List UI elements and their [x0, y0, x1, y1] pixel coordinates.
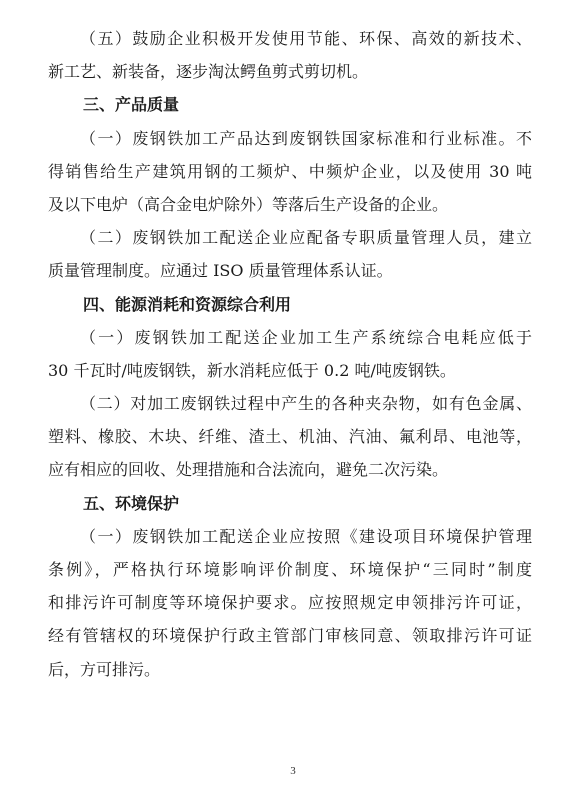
text-line: 条例》，严格执行环境影响评价制度、环境保护“三同时”制度: [48, 553, 532, 586]
text-line: 后，方可排污。: [48, 653, 532, 686]
paragraph-quality-management: （二）废钢铁加工配送企业应配备专职质量管理人员，建立 质量管理制度。应通过 IS…: [48, 221, 532, 287]
text-line: 30 千瓦时/吨废钢铁，新水消耗应低于 0.2 吨/吨废钢铁。: [48, 354, 532, 387]
text-line: （五）鼓励企业积极开发使用节能、环保、高效的新技术、: [48, 22, 532, 55]
paragraph-new-tech: （五）鼓励企业积极开发使用节能、环保、高效的新技术、 新工艺、新装备，逐步淘汰鳄…: [48, 22, 532, 88]
text-line: 新工艺、新装备，逐步淘汰鳄鱼剪式剪切机。: [48, 55, 532, 88]
text-line: （一）废钢铁加工配送企业加工生产系统综合电耗应低于: [48, 321, 532, 354]
section-heading-energy: 四、能源消耗和资源综合利用: [48, 288, 532, 321]
text-line: （一）废钢铁加工产品达到废钢铁国家标准和行业标准。不: [48, 122, 532, 155]
page-number: 3: [0, 765, 586, 777]
text-line: （二）废钢铁加工配送企业应配备专职质量管理人员，建立: [48, 221, 532, 254]
text-line: （二）对加工废钢铁过程中产生的各种夹杂物，如有色金属、: [48, 387, 532, 420]
text-line: 及以下电炉（高合金电炉除外）等落后生产设备的企业。: [48, 188, 532, 221]
text-line: 得销售给生产建筑用钢的工频炉、中频炉企业，以及使用 30 吨: [48, 155, 532, 188]
text-line: 和排污许可制度等环境保护要求。应按照规定申领排污许可证，: [48, 586, 532, 619]
text-line: （一）废钢铁加工配送企业应按照《建设项目环境保护管理: [48, 520, 532, 553]
text-line: 应有相应的回收、处理措施和合法流向，避免二次污染。: [48, 453, 532, 486]
paragraph-quality-standards: （一）废钢铁加工产品达到废钢铁国家标准和行业标准。不 得销售给生产建筑用钢的工频…: [48, 122, 532, 222]
paragraph-impurities: （二）对加工废钢铁过程中产生的各种夹杂物，如有色金属、 塑料、橡胶、木块、纤维、…: [48, 387, 532, 487]
text-line: 经有管辖权的环境保护行政主管部门审核同意、领取排污许可证: [48, 619, 532, 652]
paragraph-energy-consumption: （一）废钢铁加工配送企业加工生产系统综合电耗应低于 30 千瓦时/吨废钢铁，新水…: [48, 321, 532, 387]
paragraph-environment-rules: （一）废钢铁加工配送企业应按照《建设项目环境保护管理 条例》，严格执行环境影响评…: [48, 520, 532, 686]
document-page: （五）鼓励企业积极开发使用节能、环保、高效的新技术、 新工艺、新装备，逐步淘汰鳄…: [0, 0, 586, 791]
section-heading-product-quality: 三、产品质量: [48, 88, 532, 121]
text-line: 塑料、橡胶、木块、纤维、渣土、机油、汽油、氟利昂、电池等，: [48, 420, 532, 453]
text-line: 质量管理制度。应通过 ISO 质量管理体系认证。: [48, 254, 532, 287]
section-heading-environment: 五、环境保护: [48, 487, 532, 520]
document-body: （五）鼓励企业积极开发使用节能、环保、高效的新技术、 新工艺、新装备，逐步淘汰鳄…: [48, 22, 532, 686]
